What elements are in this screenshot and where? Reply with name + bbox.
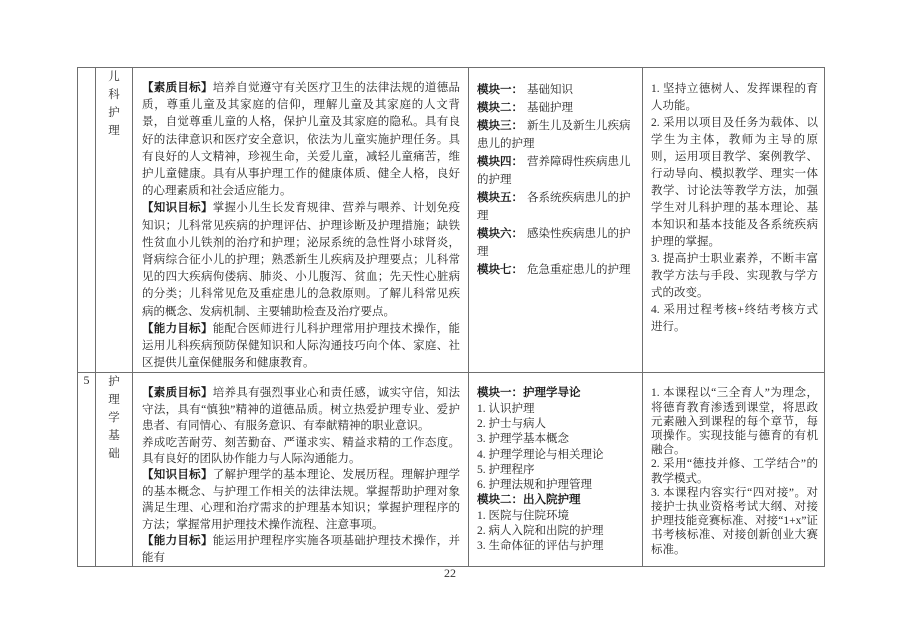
method-item: 3. 本课程内容实行“四对接”。对接护士执业资格考试大纲、对接护理技能竞赛标准、…: [651, 486, 818, 557]
course-name: 儿科护理: [108, 68, 121, 140]
module-label: 模块七：: [477, 264, 523, 276]
objectives-cell: 【素质目标】培养自觉遵守有关医疗卫生的法律法规的道德品质，尊重儿童及其家庭的信仰…: [133, 68, 469, 373]
objective-paragraph: 【素质目标】培养自觉遵守有关医疗卫生的法律法规的道德品质，尊重儿童及其家庭的信仰…: [142, 80, 460, 200]
module-line: 模块一：基础知识: [477, 81, 636, 99]
module-line: 模块五：各系统疾病患儿的护理: [477, 189, 636, 225]
methods-cell: 1. 坚持立德树人、发挥课程的育人功能。 2. 采用以项目及任务为载体、以学生为…: [643, 68, 825, 373]
module-label: 模块五：: [477, 192, 523, 204]
module-text: 基础知识: [527, 84, 573, 96]
objective-label: 【知识目标】: [142, 202, 213, 214]
course-name: 护理学基础: [108, 373, 121, 463]
module-item: 3. 生命体征的评估与护理: [477, 539, 636, 554]
module-line: 模块三：新生儿及新生儿疾病患儿的护理: [477, 117, 636, 153]
module-item: 3. 护理学基本概念: [477, 432, 636, 447]
module-text: 危急重症患儿的护理: [527, 264, 631, 276]
course-seq: 5: [84, 373, 90, 388]
module-item: 2. 病人入院和出院的护理: [477, 524, 636, 539]
method-item: 1. 本课程以“三全育人”为理念，将德育教育渗透到课堂，将思政元素融入到课程的每…: [651, 386, 818, 457]
objectives-cell: 【素质目标】培养具有强烈事业心和责任感，诚实守信，知法守法，具有“慎独”精神的道…: [133, 373, 469, 566]
table-row-nursing-fundamentals: 5 护理学基础 【素质目标】培养具有强烈事业心和责任感，诚实守信，知法守法，具有…: [78, 373, 825, 566]
module-text: 基础护理: [527, 102, 573, 114]
objective-paragraph: 【知识目标】掌握小儿生长发育规律、营养与喂养、计划免疫知识；儿科常见疾病的护理评…: [142, 200, 460, 320]
module-item: 4. 护理学理论与相关理论: [477, 448, 636, 463]
module-item: 1. 医院与住院环境: [477, 509, 636, 524]
method-item: 1. 坚持立德树人、发挥课程的育人功能。: [651, 81, 818, 115]
modules-cell: 模块一：护理学导论 1. 认识护理 2. 护士与病人 3. 护理学基本概念 4.…: [469, 373, 643, 566]
objective-paragraph: 养成吃苦耐劳、刻苦勤奋、严谨求实、精益求精的工作态度。具有良好的团队协作能力与人…: [142, 435, 460, 468]
module-label: 模块六：: [477, 228, 523, 240]
module-group-header: 模块一：护理学导论: [477, 386, 636, 402]
method-item: 2. 采用以项目及任务为载体、以学生为主体，教师为主导的原则，运用项目教学、案例…: [651, 115, 818, 251]
module-label: 模块一：: [477, 84, 523, 96]
objective-label: 【能力目标】: [142, 535, 213, 547]
module-group-header: 模块二：出入院护理: [477, 493, 636, 509]
objective-label: 【知识目标】: [142, 469, 213, 481]
seq-cell: [78, 68, 96, 373]
course-table: 儿科护理 【素质目标】培养自觉遵守有关医疗卫生的法律法规的道德品质，尊重儿童及其…: [77, 67, 825, 567]
module-item: 6. 护理法规和护理管理: [477, 478, 636, 493]
objective-paragraph: 【素质目标】培养具有强烈事业心和责任感，诚实守信，知法守法，具有“慎独”精神的道…: [142, 385, 460, 434]
module-line: 模块四：营养障碍性疾病患儿的护理: [477, 153, 636, 189]
course-name-cell: 儿科护理: [96, 68, 133, 373]
objective-label: 【能力目标】: [142, 323, 213, 335]
modules-cell: 模块一：基础知识 模块二：基础护理 模块三：新生儿及新生儿疾病患儿的护理 模块四…: [469, 68, 643, 373]
table-row-pediatric-nursing: 儿科护理 【素质目标】培养自觉遵守有关医疗卫生的法律法规的道德品质，尊重儿童及其…: [78, 68, 825, 373]
page-number: 22: [0, 566, 900, 581]
objective-paragraph: 【知识目标】了解护理学的基本理论、发展历程。理解护理学的基本概念、与护理工作相关…: [142, 467, 460, 533]
method-item: 2. 采用“德技并修、工学结合”的教学模式。: [651, 457, 818, 485]
seq-cell: 5: [78, 373, 96, 566]
document-page: 儿科护理 【素质目标】培养自觉遵守有关医疗卫生的法律法规的道德品质，尊重儿童及其…: [0, 0, 900, 636]
module-item: 1. 认识护理: [477, 402, 636, 417]
objective-label: 【素质目标】: [142, 82, 213, 94]
module-line: 模块七：危急重症患儿的护理: [477, 261, 636, 279]
module-label: 模块二：: [477, 102, 523, 114]
module-item: 2. 护士与病人: [477, 417, 636, 432]
objective-text: 养成吃苦耐劳、刻苦勤奋、严谨求实、精益求精的工作态度。具有良好的团队协作能力与人…: [142, 437, 460, 465]
module-line: 模块六：感染性疾病患儿的护理: [477, 225, 636, 261]
method-item: 4. 采用过程考核+终结考核方式进行。: [651, 302, 818, 336]
objective-paragraph: 【能力目标】能运用护理程序实施各项基础护理技术操作，并能有: [142, 533, 460, 566]
module-item: 5. 护理程序: [477, 463, 636, 478]
objective-label: 【素质目标】: [142, 387, 213, 399]
module-line: 模块二：基础护理: [477, 99, 636, 117]
module-label: 模块三：: [477, 120, 523, 132]
course-name-cell: 护理学基础: [96, 373, 133, 566]
objective-text: 掌握小儿生长发育规律、营养与喂养、计划免疫知识；儿科常见疾病的护理评估、护理诊断…: [142, 202, 460, 317]
module-label: 模块四：: [477, 156, 523, 168]
methods-cell: 1. 本课程以“三全育人”为理念，将德育教育渗透到课堂，将思政元素融入到课程的每…: [643, 373, 825, 566]
objective-paragraph: 【能力目标】能配合医师进行儿科护理常用护理技术操作，能运用儿科疾病预防保健知识和…: [142, 321, 460, 373]
objective-text: 培养自觉遵守有关医疗卫生的法律法规的道德品质，尊重儿童及其家庭的信仰，理解儿童及…: [142, 82, 460, 197]
method-item: 3. 提高护士职业素养，不断丰富教学方法与手段、实现教与学方式的改变。: [651, 251, 818, 302]
